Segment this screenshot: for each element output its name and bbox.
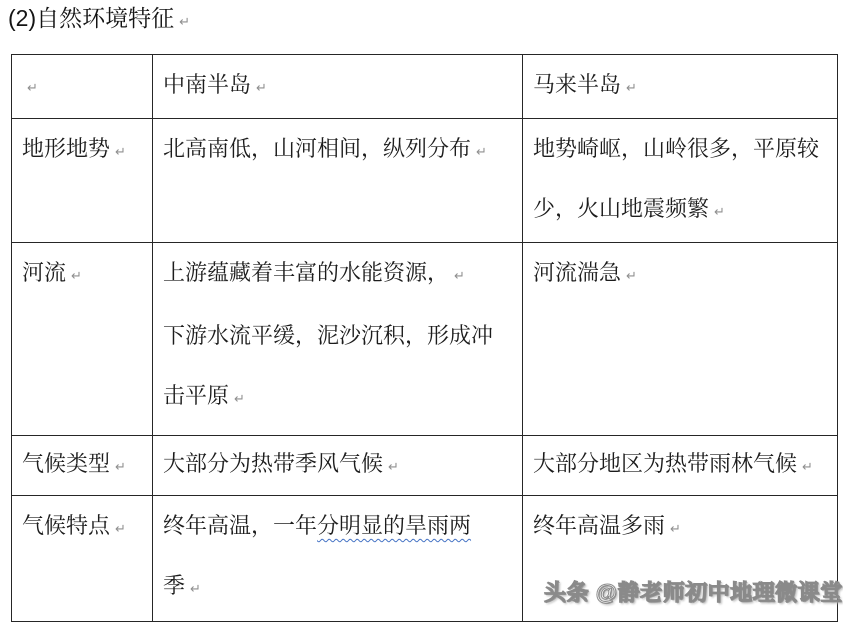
cell-text: 终年高温多雨 [533, 513, 665, 538]
pilcrow-mark: ↵ [626, 80, 637, 95]
table-row-rivers: 河流↵ 上游蕴藏着丰富的水能资源，↵下游水流平缓，泥沙沉积，形成冲 击平原↵ 河… [12, 243, 838, 436]
row-label-terrain: 地形地势↵ [12, 119, 153, 243]
page-title: (2)自然环境特征↵ [8, 4, 190, 36]
cell-text-rest: 下游水流平缓，泥沙沉积，形成冲 击平原 [163, 323, 493, 408]
cell-terrain-malay: 地势崎岖，山岭很多，平原较 少，火山地震频繁↵ [523, 119, 838, 243]
row-label-text: 河流 [22, 260, 66, 285]
pilcrow-mark: ↵ [626, 268, 637, 283]
cell-text-line1: 上游蕴藏着丰富的水能资源， [163, 260, 449, 285]
cell-climate-features-indochina: 终年高温，一年分明显的旱雨两季↵ [153, 496, 523, 622]
cell-rivers-malay: 河流湍急↵ [523, 243, 838, 436]
header-cell-indochina: 中南半岛↵ [153, 55, 523, 119]
table-row-climate-type: 气候类型↵ 大部分为热带季风气候↵ 大部分地区为热带雨林气候↵ [12, 436, 838, 496]
pilcrow-mark: ↵ [714, 204, 725, 219]
pilcrow-mark: ↵ [256, 80, 267, 95]
header-indochina-text: 中南半岛 [163, 72, 251, 97]
pilcrow-mark: ↵ [115, 459, 126, 474]
pilcrow-mark: ↵ [115, 521, 126, 536]
comparison-table: ↵ 中南半岛↵ 马来半岛↵ 地形地势↵ 北高南低，山河相间，纵列分布↵ 地势崎岖… [11, 54, 838, 622]
cell-text: 地势崎岖，山岭很多，平原较 少，火山地震频繁 [533, 136, 819, 221]
page-title-text: (2)自然环境特征 [8, 5, 174, 31]
cell-text: 大部分地区为热带雨林气候 [533, 451, 797, 476]
pilcrow-mark: ↵ [234, 391, 245, 406]
pilcrow-mark: ↵ [179, 14, 190, 29]
pilcrow-mark: ↵ [476, 144, 487, 159]
cell-rivers-indochina: 上游蕴藏着丰富的水能资源，↵下游水流平缓，泥沙沉积，形成冲 击平原↵ [153, 243, 523, 436]
cell-climate-type-indochina: 大部分为热带季风气候↵ [153, 436, 523, 496]
cell-terrain-indochina: 北高南低，山河相间，纵列分布↵ [153, 119, 523, 243]
header-cell-malay: 马来半岛↵ [523, 55, 838, 119]
cell-text: 季 [163, 573, 185, 598]
cell-climate-type-malay: 大部分地区为热带雨林气候↵ [523, 436, 838, 496]
pilcrow-mark: ↵ [71, 268, 82, 283]
table-row-terrain: 地形地势↵ 北高南低，山河相间，纵列分布↵ 地势崎岖，山岭很多，平原较 少，火山… [12, 119, 838, 243]
row-label-rivers: 河流↵ [12, 243, 153, 436]
pilcrow-mark: ↵ [454, 268, 465, 283]
pilcrow-mark: ↵ [27, 80, 38, 95]
row-label-text: 气候类型 [22, 451, 110, 476]
pilcrow-mark: ↵ [388, 459, 399, 474]
cell-text: 终年高温，一年 [163, 513, 317, 538]
cell-text: 河流湍急 [533, 260, 621, 285]
row-label-text: 地形地势 [22, 136, 110, 161]
row-label-climate-features: 气候特点↵ [12, 496, 153, 622]
header-corner-cell: ↵ [12, 55, 153, 119]
pilcrow-mark: ↵ [670, 521, 681, 536]
header-malay-text: 马来半岛 [533, 72, 621, 97]
cell-text: 大部分为热带季风气候 [163, 451, 383, 476]
pilcrow-mark: ↵ [115, 144, 126, 159]
table-header-row: ↵ 中南半岛↵ 马来半岛↵ [12, 55, 838, 119]
cell-text: 北高南低，山河相间，纵列分布 [163, 136, 471, 161]
row-label-text: 气候特点 [22, 513, 110, 538]
pilcrow-mark: ↵ [190, 581, 201, 596]
pilcrow-mark: ↵ [802, 459, 813, 474]
row-label-climate-type: 气候类型↵ [12, 436, 153, 496]
watermark: 头条 @静老师初中地理微课堂 [544, 576, 843, 607]
spellcheck-underlined-text: 分明显的旱雨两 [317, 513, 471, 538]
